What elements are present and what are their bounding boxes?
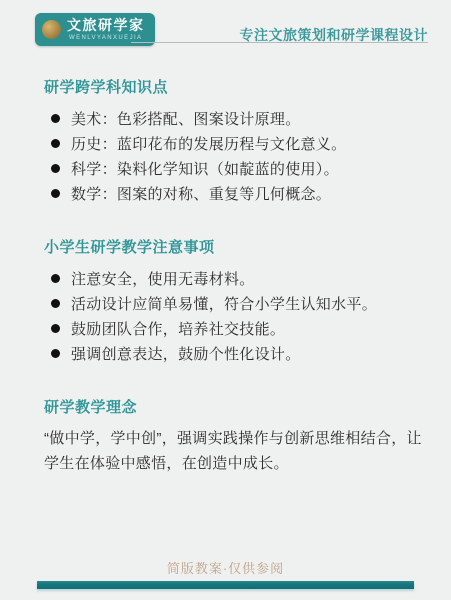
bullet-icon bbox=[51, 189, 60, 198]
bullet-icon bbox=[51, 139, 60, 148]
section-title: 小学生研学教学注意事项 bbox=[44, 236, 427, 257]
bullet-list: 美术：色彩搭配、图案设计原理。 历史：蓝印花布的发展历程与文化意义。 科学：染料… bbox=[44, 106, 427, 206]
list-item-text: 历史：蓝印花布的发展历程与文化意义。 bbox=[71, 133, 346, 154]
list-item: 历史：蓝印花布的发展历程与文化意义。 bbox=[44, 131, 427, 156]
content: 研学跨学科知识点 美术：色彩搭配、图案设计原理。 历史：蓝印花布的发展历程与文化… bbox=[0, 58, 451, 476]
list-item: 活动设计应简单易懂，符合小学生认知水平。 bbox=[44, 291, 427, 316]
bullet-icon bbox=[51, 349, 60, 358]
list-item-text: 科学：染料化学知识（如靛蓝的使用）。 bbox=[71, 158, 339, 179]
philosophy-paragraph: “做中学，学中创”，强调实践操作与创新思维相结合，让学生在体验中感悟，在创造中成… bbox=[44, 426, 424, 476]
list-item-text: 注意安全，使用无毒材料。 bbox=[71, 268, 255, 289]
section-teaching-notes: 小学生研学教学注意事项 注意安全，使用无毒材料。 活动设计应简单易懂，符合小学生… bbox=[44, 236, 427, 366]
list-item-text: 活动设计应简单易懂，符合小学生认知水平。 bbox=[71, 293, 377, 314]
section-title: 研学教学理念 bbox=[44, 396, 427, 417]
section-teaching-philosophy: 研学教学理念 “做中学，学中创”，强调实践操作与创新思维相结合，让学生在体验中感… bbox=[44, 396, 427, 476]
section-title: 研学跨学科知识点 bbox=[44, 76, 427, 97]
header: 文旅研学家 WENLVYANXUEJIA 专注文旅策划和研学课程设计 bbox=[0, 0, 451, 58]
list-item: 鼓励团队合作，培养社交技能。 bbox=[44, 316, 427, 341]
bullet-icon bbox=[51, 274, 60, 283]
bullet-icon bbox=[51, 164, 60, 173]
list-item: 科学：染料化学知识（如靛蓝的使用）。 bbox=[44, 156, 427, 181]
list-item-text: 鼓励团队合作，培养社交技能。 bbox=[71, 318, 285, 339]
list-item-text: 美术：色彩搭配、图案设计原理。 bbox=[71, 108, 301, 129]
list-item: 美术：色彩搭配、图案设计原理。 bbox=[44, 106, 427, 131]
section-knowledge-points: 研学跨学科知识点 美术：色彩搭配、图案设计原理。 历史：蓝印花布的发展历程与文化… bbox=[44, 76, 427, 206]
list-item-text: 数学：图案的对称、重复等几何概念。 bbox=[71, 183, 331, 204]
bullet-icon bbox=[51, 114, 60, 123]
list-item: 数学：图案的对称、重复等几何概念。 bbox=[44, 181, 427, 206]
brand-name: 文旅研学家 bbox=[67, 18, 145, 32]
bullet-icon bbox=[51, 324, 60, 333]
logo-text: 文旅研学家 WENLVYANXUEJIA bbox=[67, 18, 145, 41]
footer-accent-bar bbox=[37, 581, 414, 589]
lesson-plan-page: 文旅研学家 WENLVYANXUEJIA 专注文旅策划和研学课程设计 研学跨学科… bbox=[0, 0, 451, 600]
list-item: 强调创意表达，鼓励个性化设计。 bbox=[44, 341, 427, 366]
logo-seal-icon bbox=[42, 20, 61, 39]
bullet-icon bbox=[51, 299, 60, 308]
header-tagline: 专注文旅策划和研学课程设计 bbox=[240, 25, 429, 45]
list-item-text: 强调创意表达，鼓励个性化设计。 bbox=[71, 343, 301, 364]
bullet-list: 注意安全，使用无毒材料。 活动设计应简单易懂，符合小学生认知水平。 鼓励团队合作… bbox=[44, 266, 427, 366]
list-item: 注意安全，使用无毒材料。 bbox=[44, 266, 427, 291]
footer-note: 简版教案·仅供参阅 bbox=[0, 558, 451, 577]
brand-pinyin: WENLVYANXUEJIA bbox=[67, 35, 145, 41]
